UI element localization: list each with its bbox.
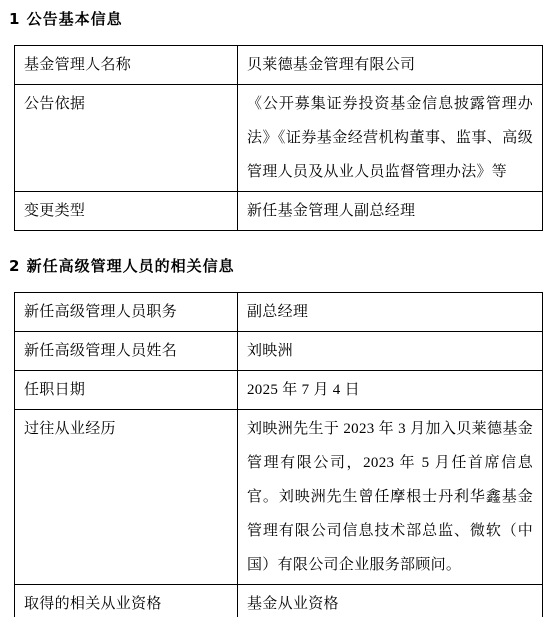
table-row: 任职日期 2025 年 7 月 4 日: [15, 371, 543, 410]
row-label: 新任高级管理人员姓名: [15, 332, 238, 371]
table-row: 变更类型 新任基金管理人副总经理: [15, 192, 543, 231]
section-heading: 2 新任高级管理人员的相关信息: [8, 257, 550, 275]
row-label: 变更类型: [15, 192, 238, 231]
row-value: 刘映洲先生于 2023 年 3 月加入贝莱德基金管理有限公司，2023 年 5 …: [238, 410, 543, 585]
info-table: 新任高级管理人员职务 副总经理 新任高级管理人员姓名 刘映洲 任职日期 2025…: [14, 292, 543, 617]
row-value: 刘映洲: [238, 332, 543, 371]
row-value: 《公开募集证券投资基金信息披露管理办法》《证券基金经营机构董事、监事、高级管理人…: [238, 85, 543, 192]
table-row: 取得的相关从业资格 基金从业资格: [15, 585, 543, 617]
row-value: 贝莱德基金管理有限公司: [238, 46, 543, 85]
announcement-section: 2 新任高级管理人员的相关信息 新任高级管理人员职务 副总经理 新任高级管理人员…: [8, 257, 550, 617]
table-row: 新任高级管理人员姓名 刘映洲: [15, 332, 543, 371]
info-table: 基金管理人名称 贝莱德基金管理有限公司 公告依据 《公开募集证券投资基金信息披露…: [14, 45, 543, 231]
announcement-section: 1 公告基本信息 基金管理人名称 贝莱德基金管理有限公司 公告依据 《公开募集证…: [8, 10, 550, 231]
announcement-document: 1 公告基本信息 基金管理人名称 贝莱德基金管理有限公司 公告依据 《公开募集证…: [0, 0, 550, 617]
row-value: 基金从业资格: [238, 585, 543, 617]
row-value: 2025 年 7 月 4 日: [238, 371, 543, 410]
row-label: 过往从业经历: [15, 410, 238, 585]
row-label: 任职日期: [15, 371, 238, 410]
row-label: 新任高级管理人员职务: [15, 293, 238, 332]
row-label: 基金管理人名称: [15, 46, 238, 85]
table-row: 公告依据 《公开募集证券投资基金信息披露管理办法》《证券基金经营机构董事、监事、…: [15, 85, 543, 192]
table-row: 基金管理人名称 贝莱德基金管理有限公司: [15, 46, 543, 85]
section-heading: 1 公告基本信息: [8, 10, 550, 28]
row-value: 副总经理: [238, 293, 543, 332]
info-table-body: 基金管理人名称 贝莱德基金管理有限公司 公告依据 《公开募集证券投资基金信息披露…: [15, 46, 543, 231]
info-table-body: 新任高级管理人员职务 副总经理 新任高级管理人员姓名 刘映洲 任职日期 2025…: [15, 293, 543, 617]
row-label: 取得的相关从业资格: [15, 585, 238, 617]
row-label: 公告依据: [15, 85, 238, 192]
table-row: 过往从业经历 刘映洲先生于 2023 年 3 月加入贝莱德基金管理有限公司，20…: [15, 410, 543, 585]
row-value: 新任基金管理人副总经理: [238, 192, 543, 231]
table-row: 新任高级管理人员职务 副总经理: [15, 293, 543, 332]
